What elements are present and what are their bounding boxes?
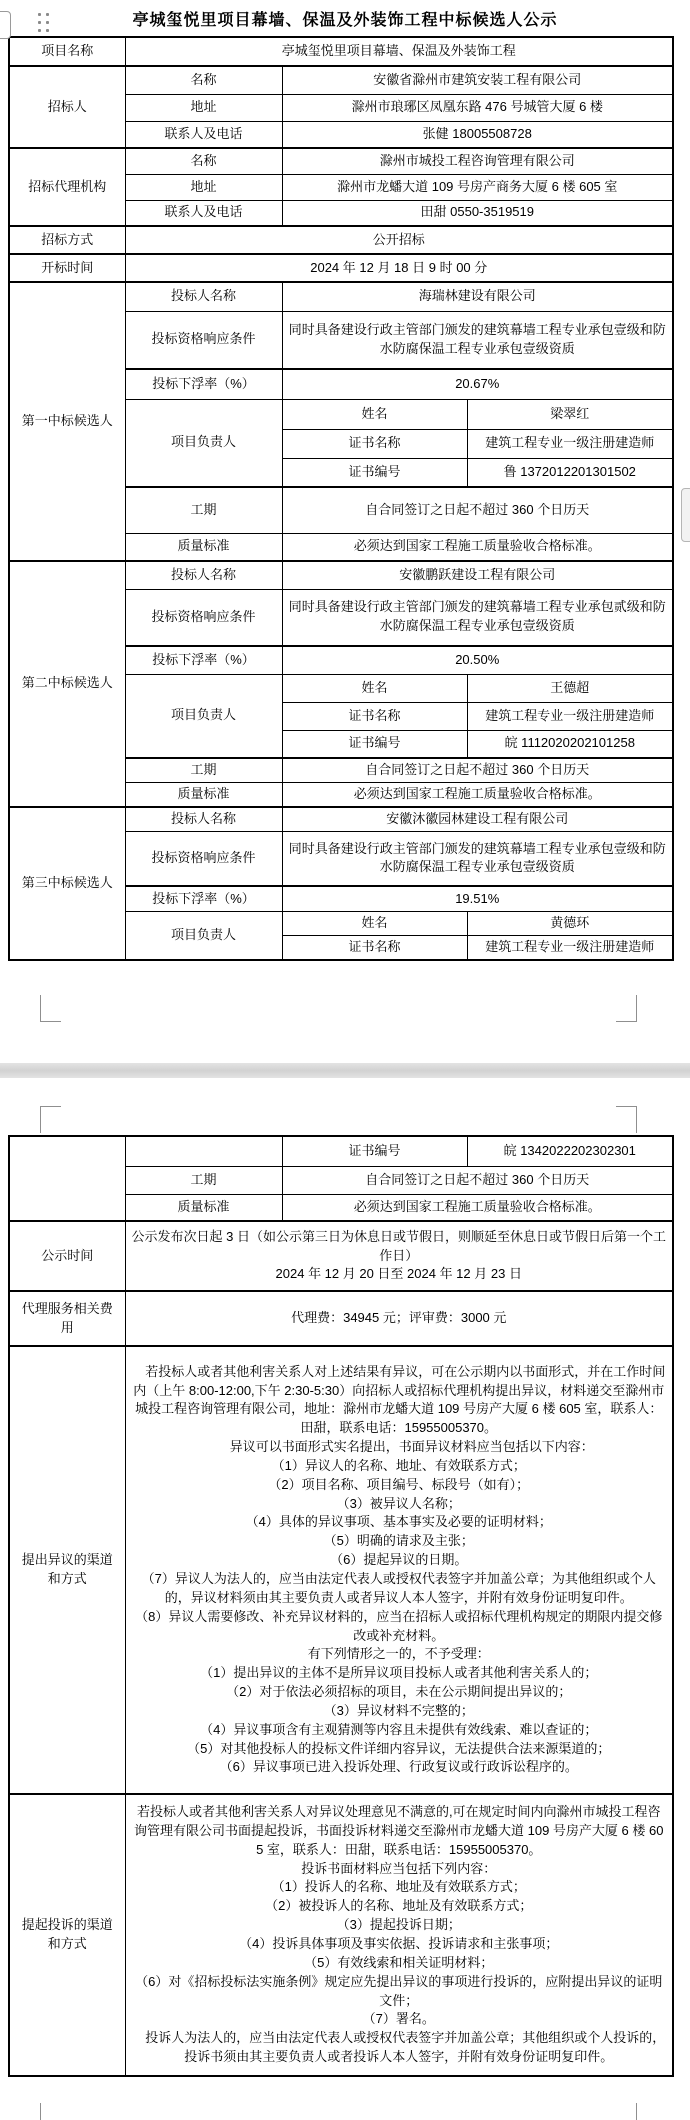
value-duration-2: 自合同签订之日起不超过 360 个日历天 <box>282 758 673 782</box>
label-discount-rate: 投标下浮率（%） <box>125 646 282 674</box>
document-page-2: 证书编号 皖 1342022202302301 工期 自合同签订之日起不超过 3… <box>0 1078 690 2120</box>
objection-paragraph: 有下列情形之一的，不予受理： <box>132 1645 667 1664</box>
value-quality-1: 必须达到国家工程施工质量验收合格标准。 <box>282 533 673 561</box>
label-discount-rate: 投标下浮率（%） <box>125 886 282 912</box>
value-rate-1: 20.67% <box>282 369 673 399</box>
complaint-item: （3）提起投诉日期； <box>132 1916 667 1935</box>
label-duration: 工期 <box>125 1166 282 1194</box>
label-bidder-name: 投标人名称 <box>125 282 282 311</box>
margin-mark-bottom-right <box>616 995 637 1022</box>
value-quality-2: 必须达到国家工程施工质量验收合格标准。 <box>282 782 673 806</box>
objection-item: （1）异议人的名称、地址、有效联系方式； <box>132 1457 667 1476</box>
label-cert-name: 证书名称 <box>282 702 467 730</box>
label-person-name: 姓名 <box>282 912 467 936</box>
label-name: 名称 <box>125 148 282 174</box>
label-cert-no: 证书编号 <box>282 1136 467 1166</box>
objection-item: （1）提出异议的主体不是所异议项目投标人或者其他利害关系人的； <box>132 1664 667 1683</box>
margin-mark-bottom-left <box>40 2103 61 2120</box>
label-cert-name: 证书名称 <box>282 429 467 458</box>
label-quality: 质量标准 <box>125 533 282 561</box>
label-qualification: 投标资格响应条件 <box>125 832 282 886</box>
label-contact: 联系人及电话 <box>125 121 282 148</box>
value-tenderer-contact: 张健 18005508728 <box>282 121 673 148</box>
complaint-item: （5）有效线索和相关证明材料； <box>132 1954 667 1973</box>
value-cert-no-2: 皖 1112020202101258 <box>467 730 673 758</box>
objection-paragraph: 若投标人或者其他利害关系人对上述结果有异议，可在公示期内以书面形式，并在工作时间… <box>132 1363 667 1438</box>
value-duration-3: 自合同签订之日起不超过 360 个日历天 <box>282 1166 673 1194</box>
objection-item: （6）异议事项已进入投诉处理、行政复议或行政诉讼程序的。 <box>132 1758 667 1777</box>
objection-item: （3）异议材料不完整的； <box>132 1702 667 1721</box>
label-cert-no: 证书编号 <box>282 458 467 487</box>
label-project-manager: 项目负责人 <box>125 674 282 758</box>
complaint-item: （2）被投诉人的名称、地址及有效联系方式； <box>132 1897 667 1916</box>
label-bidder-name: 投标人名称 <box>125 561 282 589</box>
complaint-paragraph: 若投标人或者其他利害关系人对异议处理意见不满意的,可在规定时间内向滁州市城投工程… <box>132 1803 667 1860</box>
side-tab-chip[interactable] <box>0 11 11 39</box>
complaint-text-block: 若投标人或者其他利害关系人对异议处理意见不满意的,可在规定时间内向滁州市城投工程… <box>125 1794 673 2076</box>
label-candidate-2: 第二中标候选人 <box>9 561 125 807</box>
objection-text-block: 若投标人或者其他利害关系人对上述结果有异议，可在公示期内以书面形式，并在工作时间… <box>125 1346 673 1794</box>
label-address: 地址 <box>125 174 282 200</box>
drag-handle-icon[interactable] <box>38 13 51 32</box>
margin-mark-bottom-left <box>40 995 61 1022</box>
label-tender-method: 招标方式 <box>9 226 125 254</box>
objection-item: （5）对其他投标人的投标文件详细内容异议，无法提供合法来源渠道的； <box>132 1740 667 1759</box>
label-quality: 质量标准 <box>125 1194 282 1221</box>
value-person-3: 黄德环 <box>467 912 673 936</box>
bid-result-table: 项目名称 亭城玺悦里项目幕墙、保温及外装饰工程 招标人 名称 安徽省滁州市建筑安… <box>8 36 674 961</box>
value-duration-1: 自合同签订之日起不超过 360 个日历天 <box>282 487 673 533</box>
label-candidate-1: 第一中标候选人 <box>9 282 125 561</box>
objection-item: （5）明确的请求及主张； <box>132 1532 667 1551</box>
objection-item: （6）提起异议的日期。 <box>132 1551 667 1570</box>
value-cert-name-3: 建筑工程专业一级注册建造师 <box>467 936 673 960</box>
value-cert-name-2: 建筑工程专业一级注册建造师 <box>467 702 673 730</box>
publicity-period-text: 公示发布次日起 3 日（如公示第三日为休息日或节假日，则顺延至休息日或节假日后第… <box>132 1228 667 1266</box>
scrollbar-thumb[interactable] <box>681 488 690 542</box>
value-qualification-1: 同时具备建设行政主管部门颁发的建筑幕墙工程专业承包壹级和防水防腐保温工程专业承包… <box>282 311 673 369</box>
margin-mark-top-left <box>40 1106 61 1133</box>
bid-result-table-continued: 证书编号 皖 1342022202302301 工期 自合同签订之日起不超过 3… <box>8 1135 674 2077</box>
value-qualification-2: 同时具备建设行政主管部门颁发的建筑幕墙工程专业承包贰级和防水防腐保温工程专业承包… <box>282 589 673 646</box>
value-agency-contact: 田甜 0550-3519519 <box>282 200 673 226</box>
value-project-name: 亭城玺悦里项目幕墙、保温及外装饰工程 <box>125 37 673 66</box>
label-cert-name: 证书名称 <box>282 936 467 960</box>
objection-item: （4）具体的异议事项、基本事实及必要的证明材料； <box>132 1513 667 1532</box>
value-bidder-name-2: 安徽鹏跃建设工程有限公司 <box>282 561 673 589</box>
value-person-2: 王德超 <box>467 674 673 702</box>
page-title: 亭城玺悦里项目幕墙、保温及外装饰工程中标候选人公示 <box>0 7 690 30</box>
label-name: 名称 <box>125 66 282 94</box>
label-qualification: 投标资格响应条件 <box>125 311 282 369</box>
label-bidder-name: 投标人名称 <box>125 807 282 832</box>
label-duration: 工期 <box>125 758 282 782</box>
value-bidder-name-1: 海瑞林建设有限公司 <box>282 282 673 311</box>
complaint-paragraph: 投诉书面材料应当包括下列内容： <box>132 1860 667 1879</box>
value-agency-fee: 代理费：34945 元；评审费：3000 元 <box>125 1291 673 1346</box>
value-cert-no-1: 鲁 1372012201301502 <box>467 458 673 487</box>
objection-item: （2）对于依法必须招标的项目，未在公示期间提出异议的； <box>132 1683 667 1702</box>
value-quality-3: 必须达到国家工程施工质量验收合格标准。 <box>282 1194 673 1221</box>
label-discount-rate: 投标下浮率（%） <box>125 369 282 399</box>
document-page-1: 亭城玺悦里项目幕墙、保温及外装饰工程中标候选人公示 项目名称 亭城玺悦里项目幕墙… <box>0 0 690 1063</box>
objection-item: （7）异议人为法人的，应当由法定代表人或授权代表签字并加盖公章；为其他组织或个人… <box>132 1570 667 1608</box>
empty-cell <box>125 1136 282 1166</box>
empty-cell <box>9 1136 125 1221</box>
value-tender-method: 公开招标 <box>125 226 673 254</box>
label-objection-channel: 提出异议的渠道和方式 <box>9 1346 125 1794</box>
label-agency-fee: 代理服务相关费用 <box>9 1291 125 1346</box>
label-complaint-channel: 提起投诉的渠道和方式 <box>9 1794 125 2076</box>
objection-item: （8）异议人需要修改、补充异议材料的，应当在招标人或招标代理机构规定的期限内提交… <box>132 1608 667 1646</box>
complaint-item: （1）投诉人的名称、地址及有效联系方式； <box>132 1878 667 1897</box>
label-project-manager: 项目负责人 <box>125 912 282 960</box>
label-cert-no: 证书编号 <box>282 730 467 758</box>
objection-item: （3）被异议人名称； <box>132 1495 667 1514</box>
label-person-name: 姓名 <box>282 399 467 429</box>
value-publicity-time: 公示发布次日起 3 日（如公示第三日为休息日或节假日，则顺延至休息日或节假日后第… <box>125 1221 673 1291</box>
label-duration: 工期 <box>125 487 282 533</box>
label-qualification: 投标资格响应条件 <box>125 589 282 646</box>
complaint-paragraph: 投诉人为法人的，应当由法定代表人或授权代表签字并加盖公章；其他组织或个人投诉的，… <box>132 2029 667 2067</box>
label-person-name: 姓名 <box>282 674 467 702</box>
label-agency: 招标代理机构 <box>9 148 125 226</box>
label-project-name: 项目名称 <box>9 37 125 66</box>
value-bidder-name-3: 安徽沐徽园林建设工程有限公司 <box>282 807 673 832</box>
label-address: 地址 <box>125 94 282 121</box>
complaint-item: （7）署名。 <box>132 2010 667 2029</box>
value-cert-no-3: 皖 1342022202302301 <box>467 1136 673 1166</box>
value-rate-3: 19.51% <box>282 886 673 912</box>
value-tenderer-address: 滁州市琅琊区凤凰东路 476 号城管大厦 6 楼 <box>282 94 673 121</box>
margin-mark-top-right <box>616 1106 637 1133</box>
label-quality: 质量标准 <box>125 782 282 806</box>
objection-item: （2）项目名称、项目编号、标段号（如有）； <box>132 1476 667 1495</box>
label-publicity-time: 公示时间 <box>9 1221 125 1291</box>
objection-paragraph: 异议可以书面形式实名提出，书面异议材料应当包括以下内容： <box>132 1438 667 1457</box>
value-tenderer-name: 安徽省滁州市建筑安装工程有限公司 <box>282 66 673 94</box>
value-qualification-3: 同时具备建设行政主管部门颁发的建筑幕墙工程专业承包壹级和防水防腐保温工程专业承包… <box>282 832 673 886</box>
label-project-manager: 项目负责人 <box>125 399 282 487</box>
label-open-time: 开标时间 <box>9 254 125 282</box>
value-open-time: 2024 年 12 月 18 日 9 时 00 分 <box>125 254 673 282</box>
complaint-item: （6）对《招标投标法实施条例》规定应先提出异议的事项进行投诉的，应附提出异议的证… <box>132 1973 667 2011</box>
objection-item: （4）异议事项含有主观猜测等内容且未提供有效线索、难以查证的； <box>132 1721 667 1740</box>
value-agency-address: 滁州市龙蟠大道 109 号房产商务大厦 6 楼 605 室 <box>282 174 673 200</box>
value-cert-name-1: 建筑工程专业一级注册建造师 <box>467 429 673 458</box>
value-agency-name: 滁州市城投工程咨询管理有限公司 <box>282 148 673 174</box>
label-tenderer: 招标人 <box>9 66 125 148</box>
label-contact: 联系人及电话 <box>125 200 282 226</box>
page-break-band <box>0 1063 690 1078</box>
publicity-dates-text: 2024 年 12 月 20 日至 2024 年 12 月 23 日 <box>132 1265 667 1284</box>
margin-mark-bottom-right <box>616 2103 637 2120</box>
value-person-1: 梁翠红 <box>467 399 673 429</box>
complaint-item: （4）投诉具体事项及事实依据、投诉请求和主张事项； <box>132 1935 667 1954</box>
value-rate-2: 20.50% <box>282 646 673 674</box>
label-candidate-3: 第三中标候选人 <box>9 807 125 960</box>
